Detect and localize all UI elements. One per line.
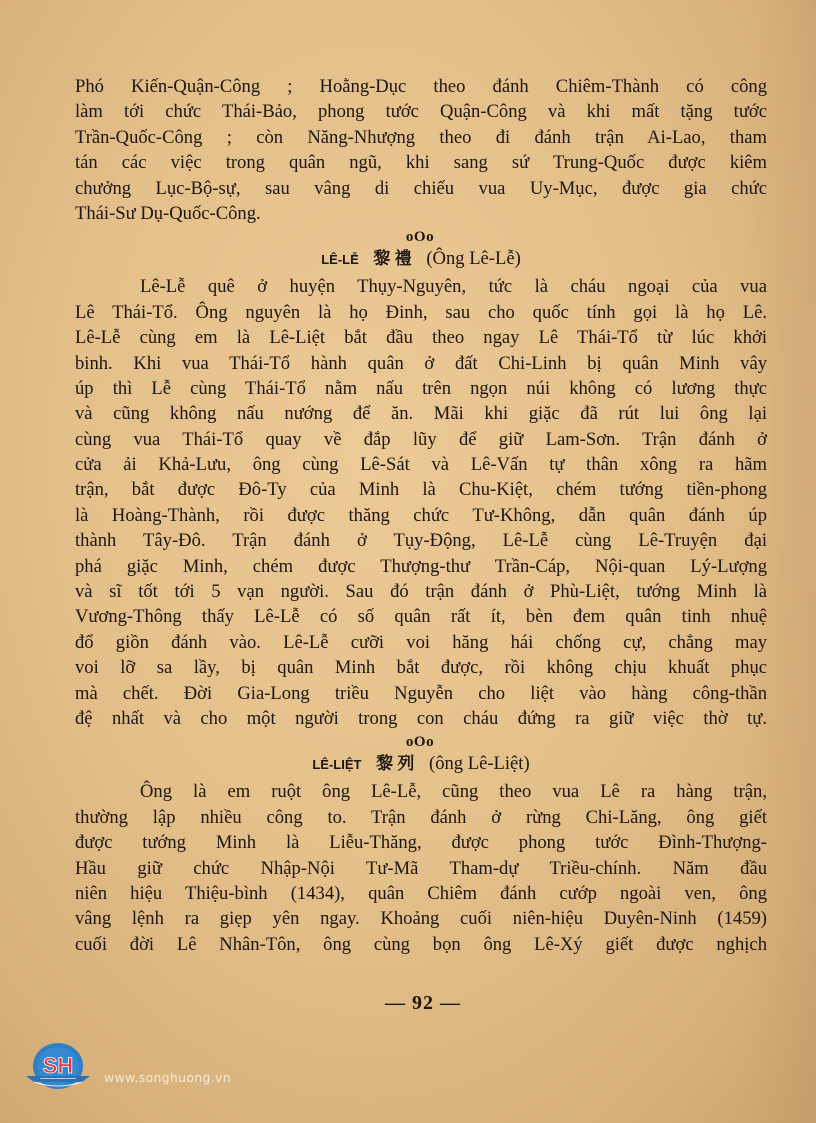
section-separator: oOo [73, 226, 767, 246]
heading-han-characters: 黎 列 [376, 754, 414, 773]
text-line: Lê Thái-Tổ. Ông nguyên là họ Đinh, sau c… [75, 300, 767, 325]
website-url: www.songhuong.vn [104, 1070, 231, 1085]
section-separator: oOo [73, 731, 767, 751]
scanned-book-page: Phó Kiến-Quận-Công ; Hoằng-Dục theo đánh… [75, 74, 767, 957]
section-body-le-le: Lê-Lễ quê ở huyện Thụy-Nguyên, tức là ch… [75, 274, 767, 731]
text-line: Lê-Lễ quê ở huyện Thụy-Nguyên, tức là ch… [75, 274, 767, 299]
svg-text:SH: SH [43, 1053, 74, 1078]
text-line: Vương-Thông thấy Lê-Lễ có số quân rất ít… [75, 604, 767, 629]
text-line: Thái-Sư Dụ-Quốc-Công. [75, 201, 767, 226]
text-line: Phó Kiến-Quận-Công ; Hoằng-Dục theo đánh… [75, 74, 767, 99]
text-line: và sĩ tốt tới 5 vạn người. Sau đó trận đ… [75, 579, 767, 604]
section-heading-le-liet: LÊ-LIỆT 黎 列 (ông Lê-Liệt) [75, 751, 767, 779]
watermark: SH www.songhuong.vn [22, 1040, 262, 1100]
text-line: Lê-Lễ cùng em là Lê-Liệt bắt đầu theo ng… [75, 325, 767, 350]
text-line: niên hiệu Thiệu-bình (1434), quân Chiêm … [75, 881, 767, 906]
text-line: voi lỡ sa lầy, bị quân Minh bắt được, rồ… [75, 655, 767, 680]
text-line: phá giặc Minh, chém được Thượng-thư Trần… [75, 554, 767, 579]
songhuong-logo-icon: SH [22, 1040, 94, 1098]
heading-name: LÊ-LIỆT [312, 757, 361, 772]
text-line: chưởng Lục-Bộ-sự, sau vâng di chiếu vua … [75, 176, 767, 201]
heading-han-characters: 黎 禮 [373, 249, 411, 268]
text-line: đệ nhất và cho một người trong con cháu … [75, 706, 767, 731]
text-line: làm tới chức Thái-Bảo, phong tước Quận-C… [75, 99, 767, 124]
text-line: được tướng Minh là Liễu-Thăng, được phon… [75, 830, 767, 855]
text-line: Ông là em ruột ông Lê-Lễ, cũng theo vua … [75, 779, 767, 804]
text-line: đổ giồn đánh vào. Lê-Lễ cưỡi voi hăng há… [75, 630, 767, 655]
page-number: — 92 — [385, 992, 461, 1015]
text-line: cuối đời Lê Nhân-Tôn, ông cùng bọn ông L… [75, 932, 767, 957]
text-line: Trần-Quốc-Công ; còn Năng-Nhượng theo đi… [75, 125, 767, 150]
text-line: úp thì Lễ cùng Thái-Tổ nằm nấu trên ngọn… [75, 376, 767, 401]
text-line: trận, bắt được Đô-Ty của Minh là Chu-Kiệ… [75, 477, 767, 502]
heading-name: LÊ-LỄ [321, 252, 359, 267]
text-line: thường lập nhiều công to. Trận đánh ở rừ… [75, 805, 767, 830]
text-line: cửa ải Khả-Lưu, ông cùng Lê-Sát và Lê-Vấ… [75, 452, 767, 477]
heading-subtitle: (Ông Lê-Lễ) [426, 248, 520, 269]
text-line: và cũng không nấu nướng để ăn. Mãi khi g… [75, 401, 767, 426]
text-line: là Hoàng-Thành, rồi được thăng chức Tư-K… [75, 503, 767, 528]
intro-paragraph: Phó Kiến-Quận-Công ; Hoằng-Dục theo đánh… [75, 74, 767, 226]
text-line: vâng lệnh ra giẹp yên ngay. Khoảng cuối … [75, 906, 767, 931]
heading-subtitle: (ông Lê-Liệt) [429, 753, 530, 774]
text-line: mà chết. Đời Gia-Long triều Nguyễn cho l… [75, 681, 767, 706]
section-heading-le-le: LÊ-LỄ 黎 禮 (Ông Lê-Lễ) [75, 246, 767, 274]
section-body-le-liet: Ông là em ruột ông Lê-Lễ, cũng theo vua … [75, 779, 767, 957]
text-line: cùng vua Thái-Tổ quay về đắp lũy để giữ … [75, 427, 767, 452]
text-line: binh. Khi vua Thái-Tổ hành quân ở đất Ch… [75, 351, 767, 376]
text-line: tán các việc trong quân ngũ, khi sang sứ… [75, 150, 767, 175]
text-line: thành Tây-Đô. Trận đánh ở Tụy-Động, Lê-L… [75, 528, 767, 553]
text-line: Hầu giữ chức Nhập-Nội Tư-Mã Tham-dự Triề… [75, 856, 767, 881]
